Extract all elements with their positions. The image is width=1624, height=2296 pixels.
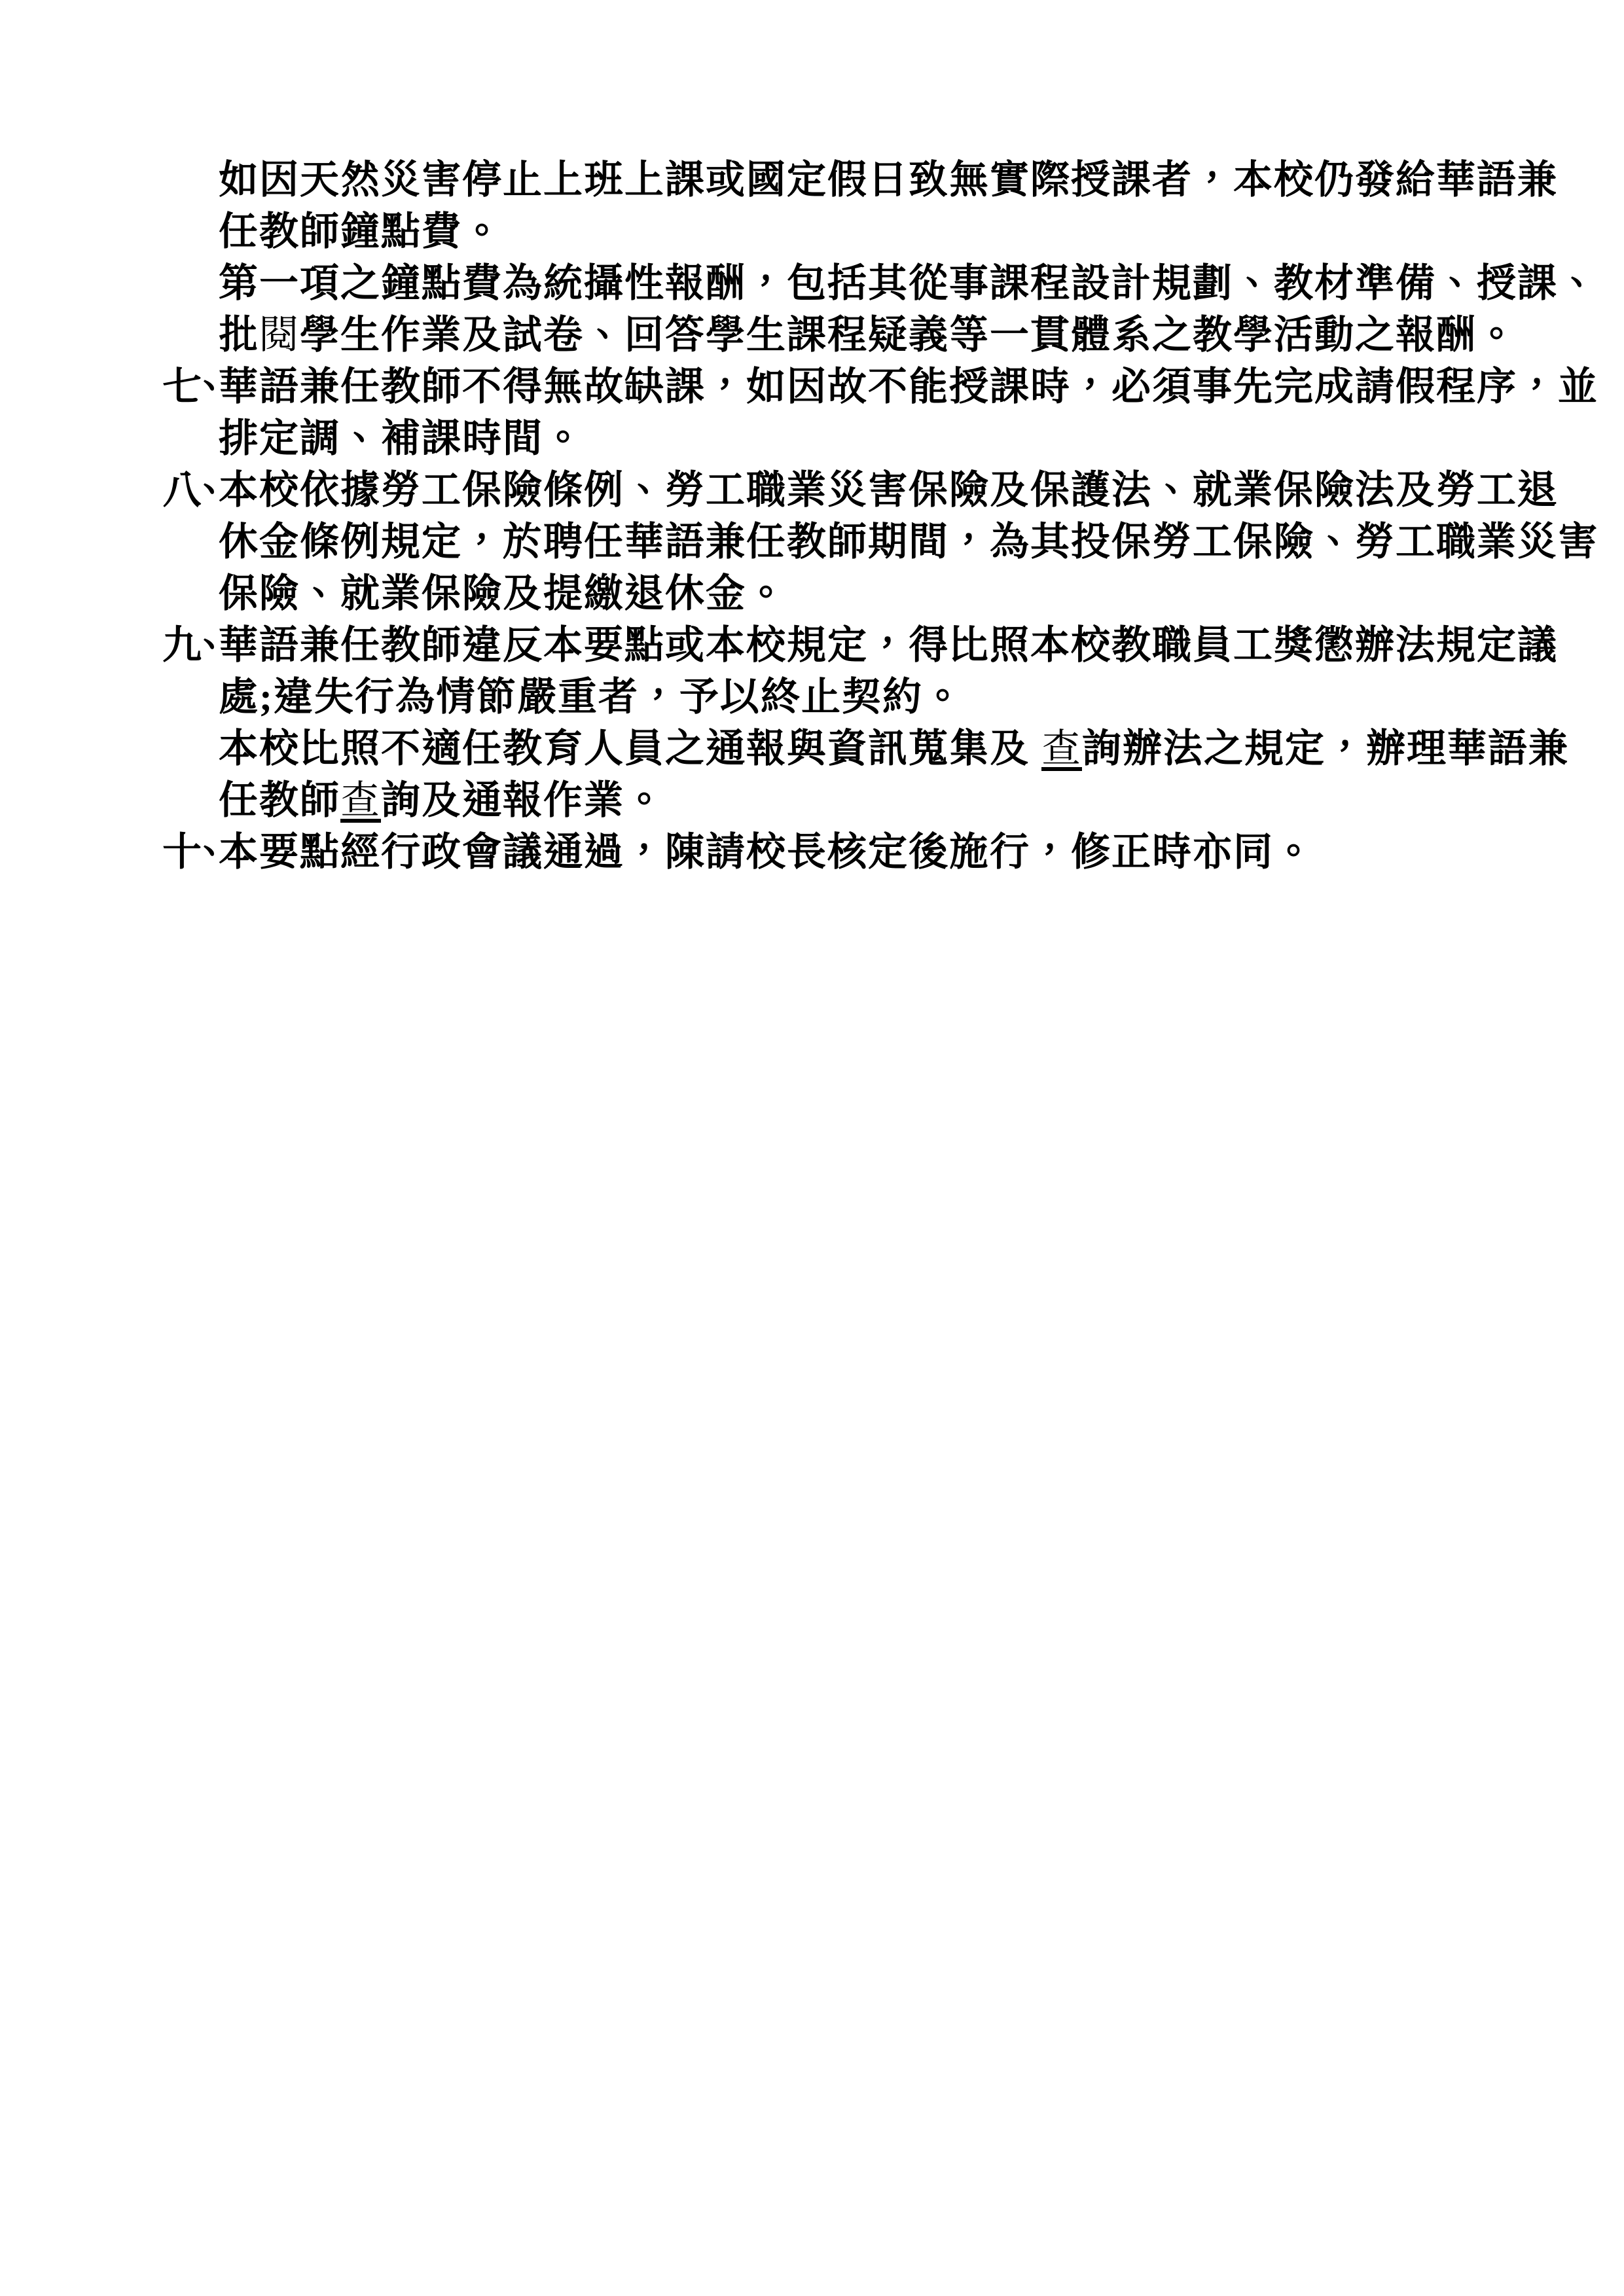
item-number-marker: 九、 [162, 620, 219, 672]
document-line: 八、本校依據勞工保險條例、勞工職業災害保險及保護法、就業保險法及勞工退 [162, 465, 1624, 516]
text-segment: 華語兼任教師違反本要點或本校規定，得比照本校教職員工獎懲辦法規定議 [219, 624, 1558, 667]
text-segment: 批 [219, 314, 259, 357]
document-line: 十、本要點經行政會議通過，陳請校長核定後施行，修正時亦同。 [162, 827, 1624, 878]
text-segment: 處;違失行為情節嚴重者，予以終止契約。 [219, 675, 964, 719]
text-segment: 本校依據勞工保險條例、勞工職業災害保險及保護法、就業保險法及勞工退 [219, 469, 1558, 512]
substituted-char-segment: 閱 [259, 314, 300, 357]
text-segment: 詢及通報作業。 [381, 779, 665, 822]
document-line: 排定調、補課時間。 [219, 413, 1624, 465]
document-page: 如因天然災害停止上班上課或國定假日致無實際授課者，本校仍發給華語兼任教師鐘點費。… [0, 0, 1624, 2296]
regulation-text-block: 如因天然災害停止上班上課或國定假日致無實際授課者，本校仍發給華語兼任教師鐘點費。… [0, 154, 1624, 878]
document-line: 休金條例規定，於聘任華語兼任教師期間，為其投保勞工保險、勞工職業災害 [219, 516, 1624, 568]
document-line: 處;違失行為情節嚴重者，予以終止契約。 [219, 672, 1624, 723]
document-line: 如因天然災害停止上班上課或國定假日致無實際授課者，本校仍發給華語兼 [219, 154, 1624, 206]
substituted-char-segment: 查 [340, 779, 381, 822]
text-segment: 如因天然災害停止上班上課或國定假日致無實際授課者，本校仍發給華語兼 [219, 158, 1558, 202]
text-segment: 排定調、補課時間。 [219, 417, 584, 460]
item-number-marker: 十、 [162, 827, 219, 878]
text-segment: 任教師鐘點費。 [219, 210, 503, 253]
document-line: 第一項之鐘點費為統攝性報酬，包括其從事課程設計規劃、教材準備、授課、 [219, 258, 1624, 310]
text-segment: 本要點經行政會議通過，陳請校長核定後施行，修正時亦同。 [219, 831, 1314, 874]
text-segment: 休金條例規定，於聘任華語兼任教師期間，為其投保勞工保險、勞工職業災害 [219, 520, 1598, 564]
text-segment: 學生作業及試卷、回答學生課程疑義等一貫體系之教學活動之報酬。 [300, 314, 1517, 357]
item-number-marker: 八、 [162, 465, 219, 516]
text-segment: 任教師 [219, 779, 340, 822]
document-line: 批閱學生作業及試卷、回答學生課程疑義等一貫體系之教學活動之報酬。 [219, 310, 1624, 361]
text-segment: 詢辦法之規定，辦理華語兼 [1082, 727, 1569, 770]
document-line: 任教師查詢及通報作業。 [219, 775, 1624, 827]
text-segment: 保險、就業保險及提繳退休金。 [219, 572, 787, 615]
text-segment: 第一項之鐘點費為統攝性報酬，包括其從事課程設計規劃、教材準備、授課、 [219, 262, 1598, 305]
document-line: 七、華語兼任教師不得無故缺課，如因故不能授課時，必須事先完成請假程序，並 [162, 361, 1624, 413]
document-line: 九、華語兼任教師違反本要點或本校規定，得比照本校教職員工獎懲辦法規定議 [162, 620, 1624, 672]
text-segment: 本校比照不適任教育人員之通報與資訊蒐集及 [219, 727, 1041, 770]
document-line: 保險、就業保險及提繳退休金。 [219, 568, 1624, 620]
item-number-marker: 七、 [162, 361, 219, 413]
document-line: 任教師鐘點費。 [219, 206, 1624, 258]
document-line: 本校比照不適任教育人員之通報與資訊蒐集及 查詢辦法之規定，辦理華語兼 [219, 723, 1624, 775]
text-segment: 華語兼任教師不得無故缺課，如因故不能授課時，必須事先完成請假程序，並 [219, 365, 1598, 408]
substituted-char-segment: 查 [1041, 727, 1082, 770]
